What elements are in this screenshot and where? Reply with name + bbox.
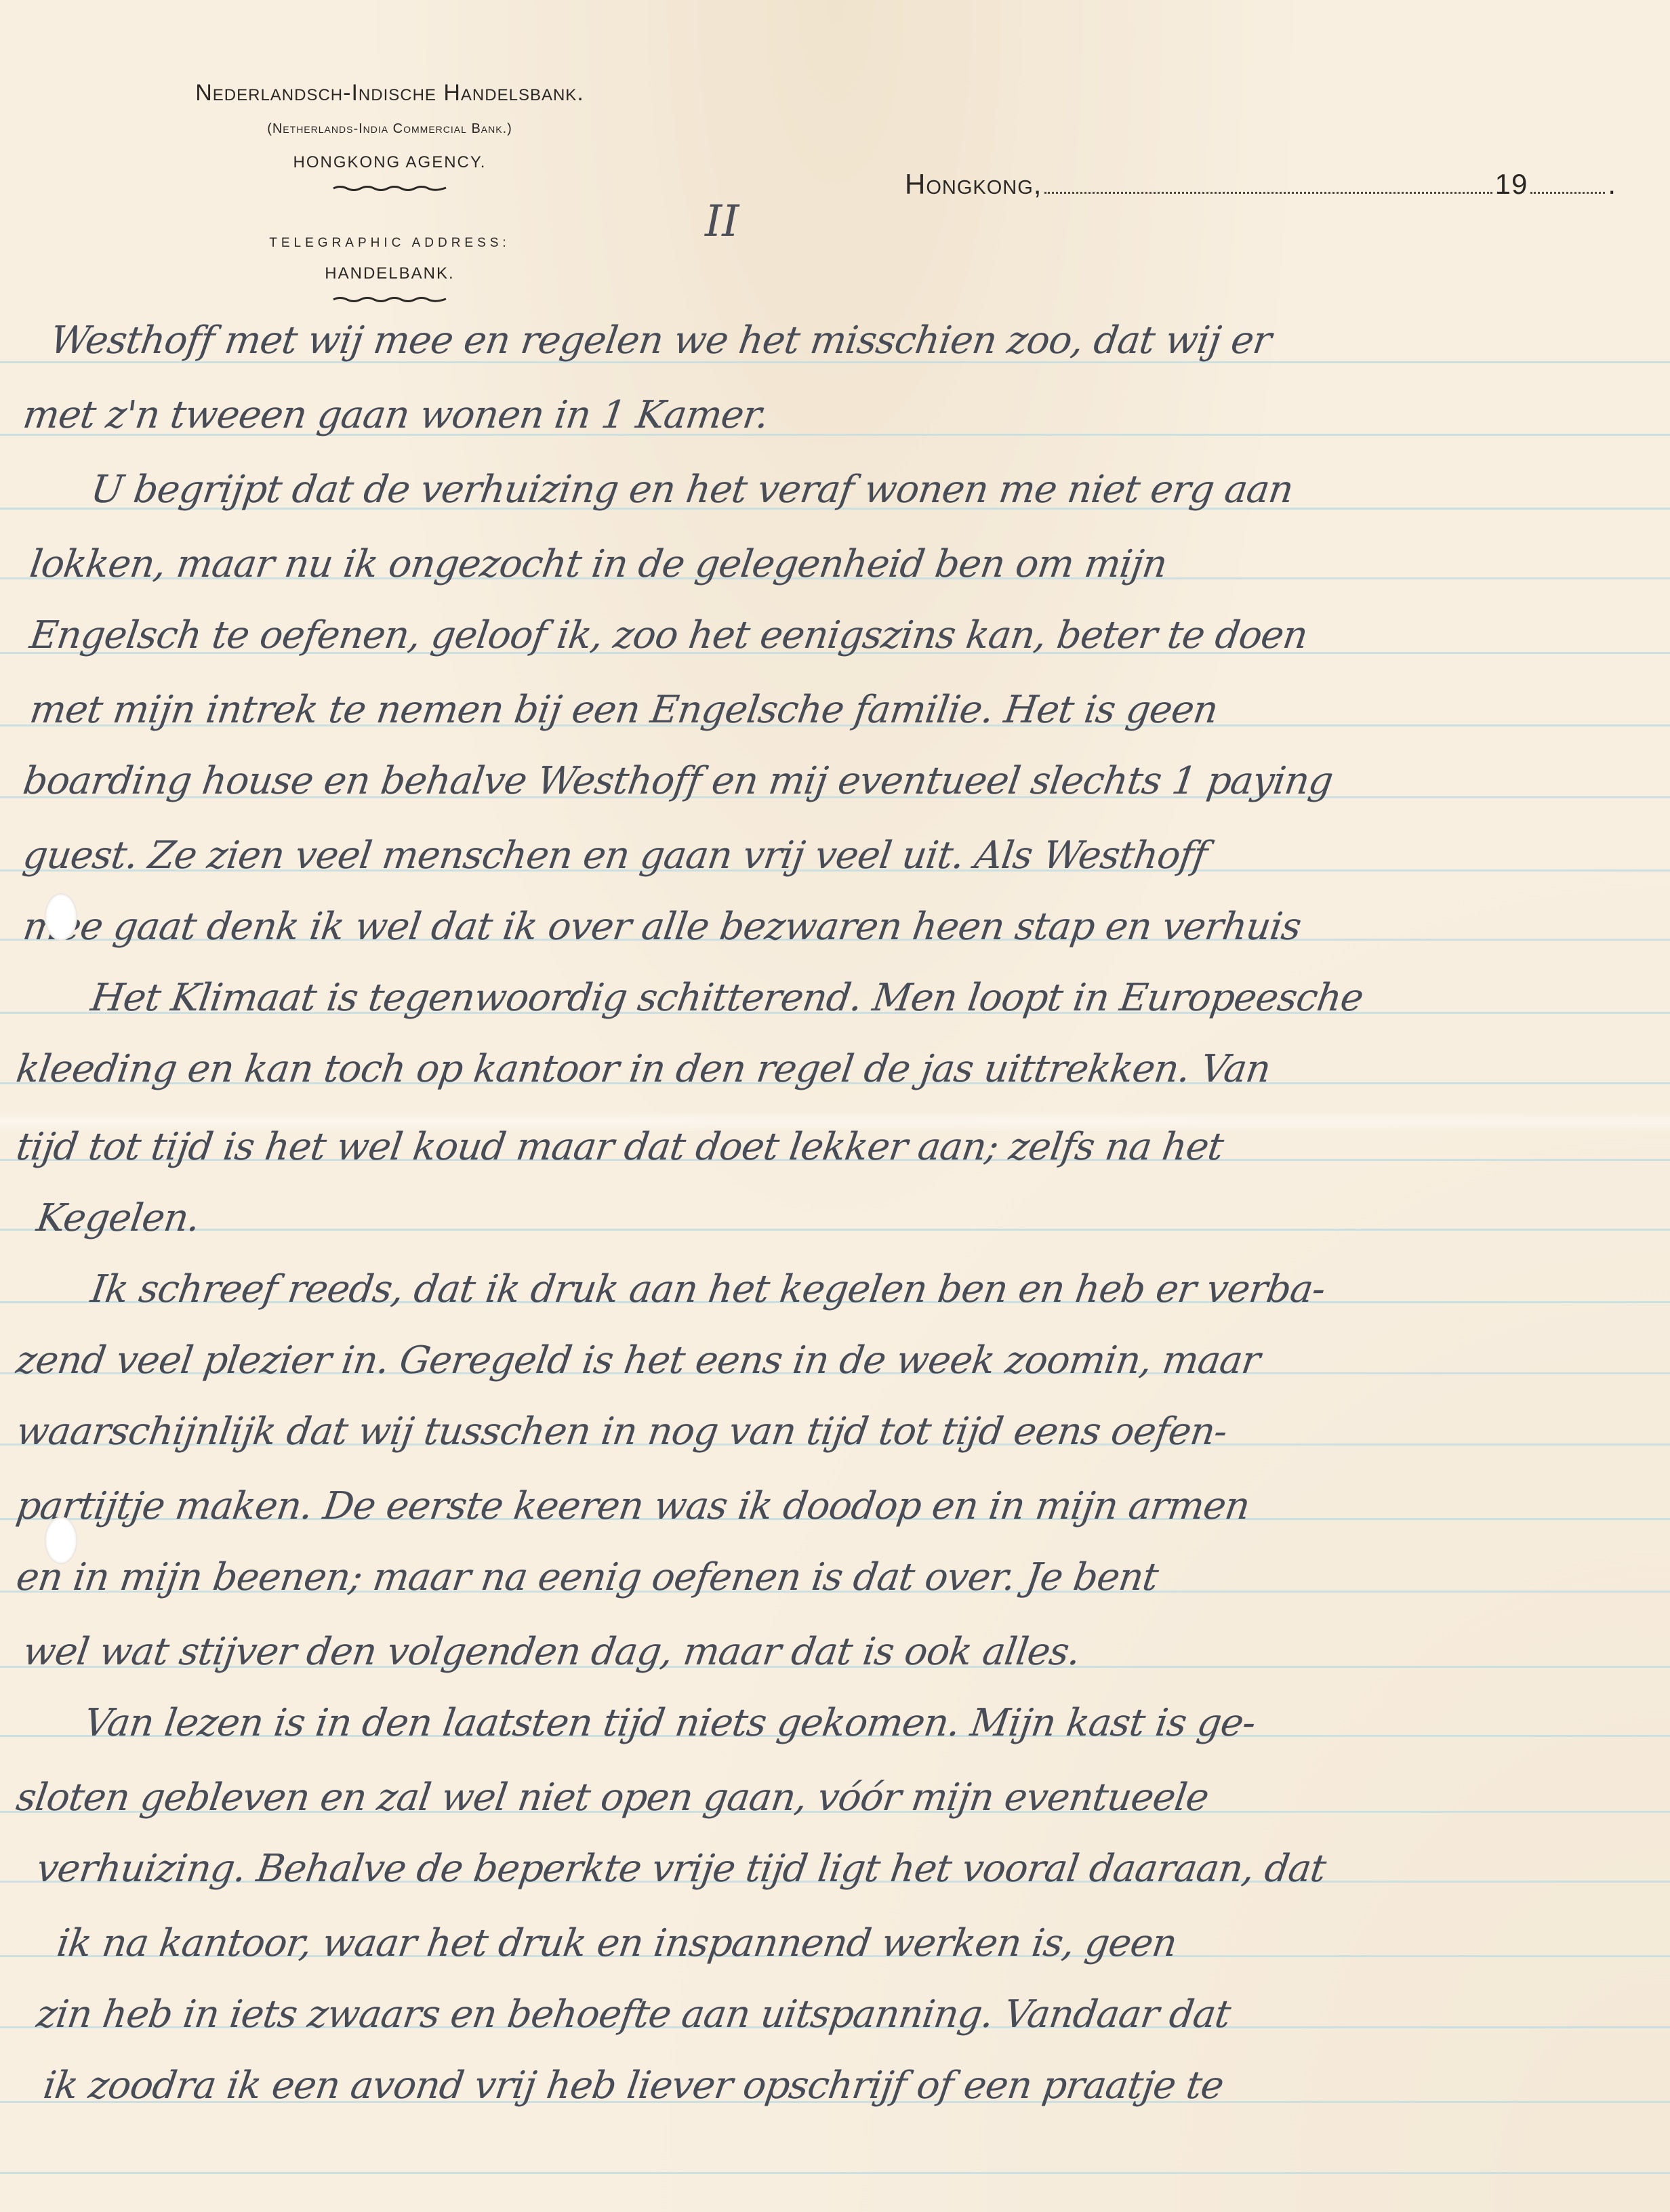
handwritten-line: ik na kantoor, waar het druk en inspanne… xyxy=(54,1921,1179,1965)
ruled-line xyxy=(0,1229,1670,1231)
handwritten-line: mee gaat denk ik wel dat ik over alle be… xyxy=(20,905,1303,949)
handwritten-line: waarschijnlijk dat wij tusschen in nog v… xyxy=(14,1410,1229,1454)
bank-name: Nederlandsch-Indische Handelsbank. xyxy=(75,80,705,106)
telegraphic-address: HANDELBANK. xyxy=(75,264,705,283)
year-blank xyxy=(1530,192,1605,194)
wavy-divider-icon xyxy=(332,295,447,304)
handwritten-line: zin heb in iets zwaars en behoefte aan u… xyxy=(34,1992,1233,2036)
punch-hole xyxy=(45,1517,77,1564)
handwritten-line: lokken, maar nu ik ongezocht in de geleg… xyxy=(27,542,1170,586)
handwritten-line: verhuizing. Behalve de beperkte vrije ti… xyxy=(34,1847,1328,1891)
agency-name: HONGKONG AGENCY. xyxy=(75,153,705,172)
punch-hole xyxy=(45,893,77,941)
handwritten-line: met z'n tweeen gaan wonen in 1 Kamer. xyxy=(20,393,771,437)
ruled-line xyxy=(0,2172,1670,2174)
dateline-period: . xyxy=(1608,168,1616,201)
handwritten-line: tijd tot tijd is het wel koud maar dat d… xyxy=(14,1125,1226,1169)
handwritten-line: partijtje maken. De eerste keeren was ik… xyxy=(14,1484,1252,1528)
handwritten-line: boarding house en behalve Westhoff en mi… xyxy=(20,759,1335,803)
handwritten-line: en in mijn beenen; maar na eenig oefenen… xyxy=(14,1555,1160,1599)
wavy-divider-icon xyxy=(332,184,447,192)
handwritten-line: sloten gebleven en zal wel niet open gaa… xyxy=(14,1776,1211,1820)
page-number-mark: II xyxy=(705,197,739,247)
handwritten-line: met mijn intrek te nemen bij een Engelsc… xyxy=(27,688,1220,732)
handwritten-line: guest. Ze zien veel menschen en gaan vri… xyxy=(20,834,1210,878)
handwritten-line: Westhoff met wij mee en regelen we het m… xyxy=(47,319,1274,363)
handwritten-line: Engelsch te oefenen, geloof ik, zoo het … xyxy=(27,613,1310,657)
handwritten-line: zend veel plezier in. Geregeld is het ee… xyxy=(14,1338,1263,1382)
place-label: Hongkong, xyxy=(905,168,1042,201)
handwritten-line: ik zoodra ik een avond vrij heb liever o… xyxy=(41,2064,1226,2108)
date-blank xyxy=(1044,192,1492,194)
handwritten-line: Het Klimaat is tegenwoordig schitterend.… xyxy=(88,976,1366,1020)
bank-name-english: (Netherlands-India Commercial Bank.) xyxy=(75,121,705,137)
handwritten-line: U begrijpt dat de verhuizing en het vera… xyxy=(88,468,1296,512)
dateline: Hongkong, 19 . xyxy=(905,168,1616,201)
handwritten-line: Kegelen. xyxy=(34,1196,203,1240)
handwritten-line: Van lezen is in den laatsten tijd niets … xyxy=(81,1701,1258,1745)
letterhead: Nederlandsch-Indische Handelsbank. (Neth… xyxy=(75,80,705,304)
year-prefix: 19 xyxy=(1495,168,1528,201)
handwritten-line: wel wat stijver den volgenden dag, maar … xyxy=(20,1630,1083,1674)
telegraphic-label: TELEGRAPHIC ADDRESS: xyxy=(75,236,705,251)
handwritten-line: Ik schreef reeds, dat ik druk aan het ke… xyxy=(88,1267,1328,1311)
handwritten-line: kleeding en kan toch op kantoor in den r… xyxy=(14,1047,1273,1091)
